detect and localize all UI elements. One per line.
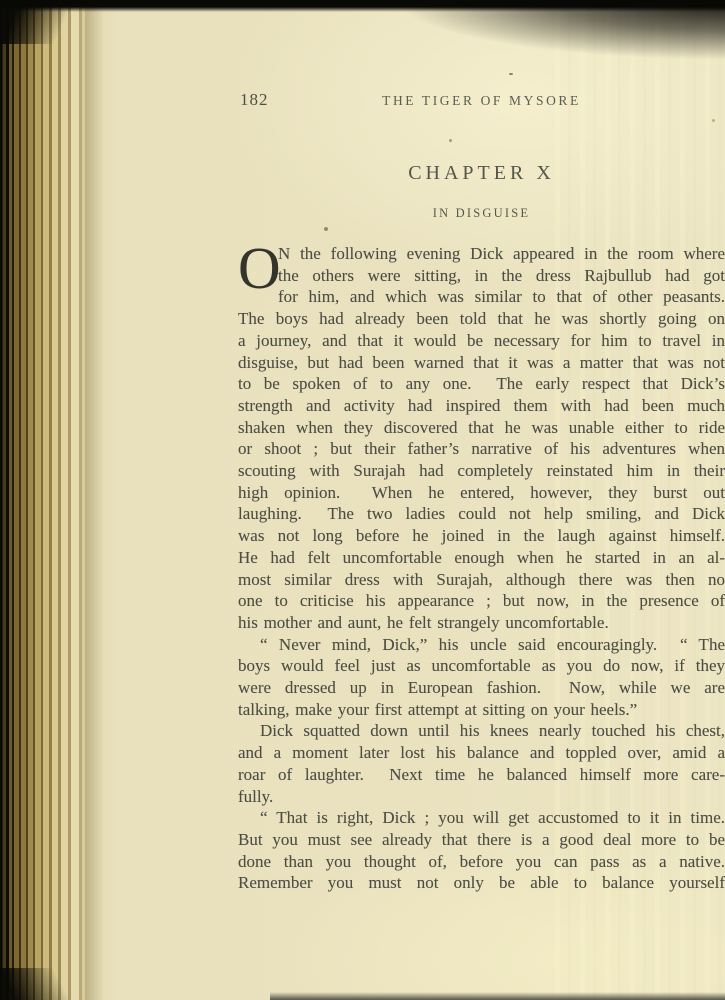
text-line: laughing. The two ladies could not help …	[238, 503, 725, 525]
text-line: “ That is right, Dick ; you will get acc…	[238, 807, 725, 829]
text-line: to be spoken of to any one. The early re…	[238, 373, 725, 395]
text-line: The boys had already been told that he w…	[238, 308, 725, 330]
chapter-subtitle: IN DISGUISE	[238, 206, 725, 221]
text-line: Dick squatted down until his knees nearl…	[238, 720, 725, 742]
text-line: a journey, and that it would be necessar…	[238, 330, 725, 352]
print-speck	[712, 119, 715, 122]
paragraph: Dick squatted down until his knees nearl…	[238, 720, 725, 807]
text-line: He had felt uncomfortable enough when he…	[238, 547, 725, 569]
paragraph: ON the following evening Dick appeared i…	[238, 243, 725, 634]
print-speck	[324, 227, 328, 231]
text-line: done than you thought of, before you can…	[238, 851, 725, 873]
text-line: boys would feel just as uncomfortable as…	[238, 655, 725, 677]
text-line: disguise, but had been warned that it wa…	[238, 352, 725, 374]
body-text: ON the following evening Dick appeared i…	[238, 243, 725, 894]
text-line: most similar dress with Surajah, althoug…	[238, 569, 725, 591]
text-line: high opinion. When he entered, however, …	[238, 482, 725, 504]
text-line: But you must see already that there is a…	[238, 829, 725, 851]
page-edges-left	[0, 0, 85, 1000]
text-line: scouting with Surajah had completely rei…	[238, 460, 725, 482]
text-line: or shoot ; but their father’s narrative …	[238, 438, 725, 460]
text-line: Remember you must not only be able to ba…	[238, 872, 725, 894]
book-scan: 182 THE TIGER OF MYSORE CHAPTER X IN DIS…	[0, 0, 725, 1000]
text-line: his mother and aunt, he felt strangely u…	[238, 612, 725, 634]
text-line: N the following evening Dick appeared in…	[238, 243, 725, 265]
text-line: talking, make your first attempt at sitt…	[238, 699, 725, 721]
drop-cap: O	[238, 245, 271, 289]
text-line: fully.	[238, 786, 725, 808]
text-line: one to criticise his appearance ; but no…	[238, 590, 725, 612]
text-line: strength and activity had inspired them …	[238, 395, 725, 417]
text-line: was not long before he joined in the lau…	[238, 525, 725, 547]
running-title: THE TIGER OF MYSORE	[238, 93, 725, 109]
text-line: and a moment later lost his balance and …	[238, 742, 725, 764]
print-speck	[449, 139, 452, 142]
text-line: the others were sitting, in the dress Ra…	[238, 265, 725, 287]
print-speck	[509, 73, 513, 75]
text-line: were dressed up in European fashion. Now…	[238, 677, 725, 699]
text-line: roar of laughter. Next time he balanced …	[238, 764, 725, 786]
book-page: 182 THE TIGER OF MYSORE CHAPTER X IN DIS…	[85, 0, 725, 1000]
text-line: for him, and which was similar to that o…	[238, 286, 725, 308]
text-line: “ Never mind, Dick,” his uncle said enco…	[238, 634, 725, 656]
text-line: shaken when they discovered that he was …	[238, 417, 725, 439]
paragraph: “ Never mind, Dick,” his uncle said enco…	[238, 634, 725, 721]
paragraph: “ That is right, Dick ; you will get acc…	[238, 807, 725, 894]
page-header: 182 THE TIGER OF MYSORE	[238, 90, 725, 112]
chapter-heading: CHAPTER X	[238, 162, 725, 185]
